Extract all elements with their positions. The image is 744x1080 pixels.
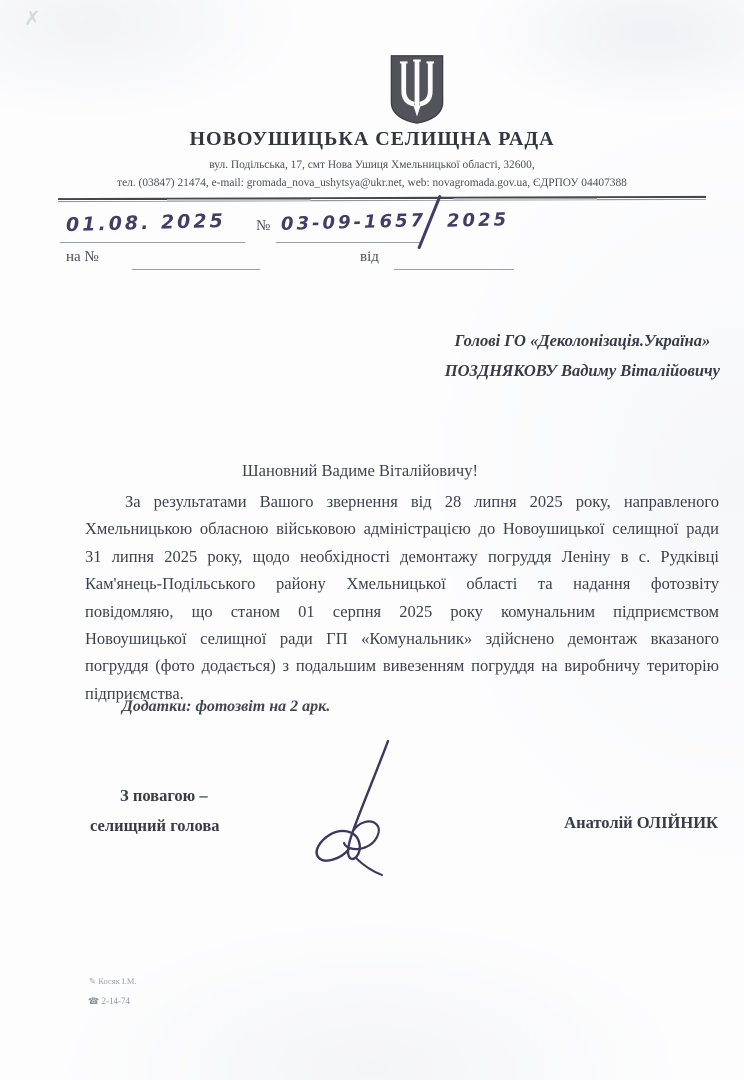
scanned-letter-page: ✗ НОВОУШИЦЬКА СЕЛИЩНА РАДА вул. Подільсь… bbox=[0, 0, 744, 1080]
organization-name: НОВОУШИЦЬКА СЕЛИЩНА РАДА bbox=[0, 128, 744, 151]
recipient-block: Голові ГО «Деколонізація.Україна» ПОЗДНЯ… bbox=[445, 326, 720, 386]
executor-phone-number: 2-14-74 bbox=[101, 996, 130, 1006]
salutation: Шановний Вадиме Віталійовичу! bbox=[160, 461, 560, 481]
signer-name: Анатолій ОЛІЙНИК bbox=[564, 813, 718, 833]
number-underline bbox=[276, 241, 422, 243]
handwritten-outgoing-number: 03-09-1657 bbox=[281, 210, 427, 235]
address-line-2: тел. (03847) 21474, e-mail: gromada_nova… bbox=[0, 177, 744, 189]
date-underline bbox=[60, 241, 245, 243]
reply-to-label: на № bbox=[66, 249, 99, 266]
pencil-check-mark: ✗ bbox=[24, 6, 50, 28]
handwritten-year: 2025 bbox=[447, 209, 510, 232]
pen-icon: ✎ bbox=[89, 976, 96, 986]
address-line-1: вул. Подільська, 17, смт Нова Ушиця Хмел… bbox=[0, 159, 744, 171]
attachments-note: Додатки: фотозвіт на 2 арк. bbox=[122, 698, 330, 716]
reply-number-underline bbox=[132, 268, 260, 270]
closing-position-title: селищний голова bbox=[90, 816, 220, 836]
number-sign-label: № bbox=[256, 218, 270, 235]
executor-name: Косяк І.М. bbox=[98, 976, 136, 986]
header-divider-line bbox=[58, 196, 706, 202]
recipient-person: ПОЗДНЯКОВУ Вадиму Віталійовичу bbox=[445, 356, 720, 386]
recipient-organization: Голові ГО «Деколонізація.Україна» bbox=[445, 326, 720, 356]
executor-phone-line: ☎ 2-14-74 bbox=[88, 996, 130, 1007]
phone-icon: ☎ bbox=[88, 996, 99, 1006]
handwritten-signature bbox=[298, 738, 424, 881]
executor-line: ✎ Косяк І.М. bbox=[89, 976, 137, 987]
reply-date-underline bbox=[394, 268, 514, 270]
ukraine-trident-emblem-icon bbox=[388, 53, 446, 130]
pencil-check-glyph: ✗ bbox=[24, 6, 50, 28]
handwritten-date: 01.08. 2025 bbox=[66, 210, 226, 236]
reply-from-label: від bbox=[360, 249, 379, 266]
letter-body-paragraph: За результатами Вашого звернення від 28 … bbox=[85, 488, 719, 707]
closing-respectfully: З повагою – bbox=[120, 786, 208, 806]
